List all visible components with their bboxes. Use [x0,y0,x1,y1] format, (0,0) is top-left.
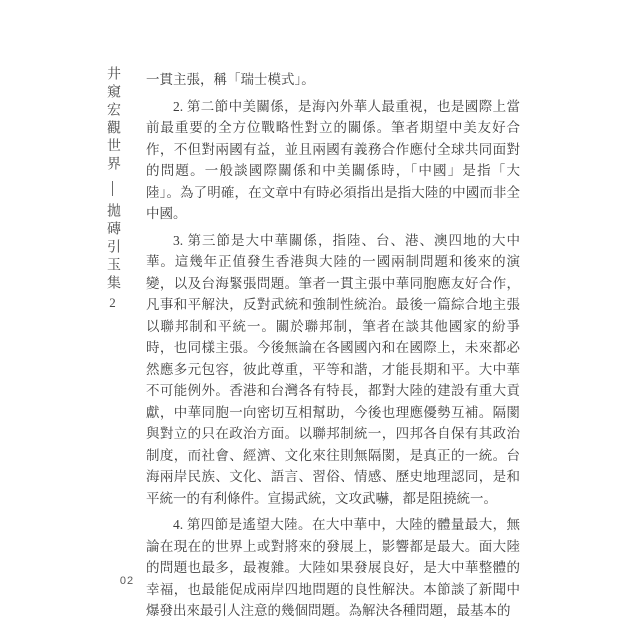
spine-title: 井窺宏觀世界 [105,66,119,174]
spine-volume-number: 2 [104,295,120,310]
spine-subtitle: 拋磚引玉集 [105,203,119,293]
page-number: 02 [112,575,142,587]
body-paragraph-section-2: 2. 第二節中美關係，是海內外華人最重視，也是國際上當前最重要的全方位戰略性對立… [146,96,520,225]
page-body: 一貫主張，稱「瑞士模式」。 2. 第二節中美關係，是海內外華人最重視，也是國際上… [146,69,520,627]
body-paragraph-continuation: 一貫主張，稱「瑞士模式」。 [146,69,520,91]
spine-separator-line [112,181,113,196]
book-page: 井窺宏觀世界 拋磚引玉集 2 一貫主張，稱「瑞士模式」。 2. 第二節中美關係，… [0,0,640,640]
body-paragraph-section-4: 4. 第四節是遙望大陸。在大中華中，大陸的體量最大，無論在現在的世界上或對將來的… [146,514,520,622]
book-spine-title: 井窺宏觀世界 拋磚引玉集 2 [98,66,126,310]
body-paragraph-section-3: 3. 第三節是大中華關係，指陸、台、港、澳四地的大中華。這幾年正值發生香港與大陸… [146,230,520,510]
